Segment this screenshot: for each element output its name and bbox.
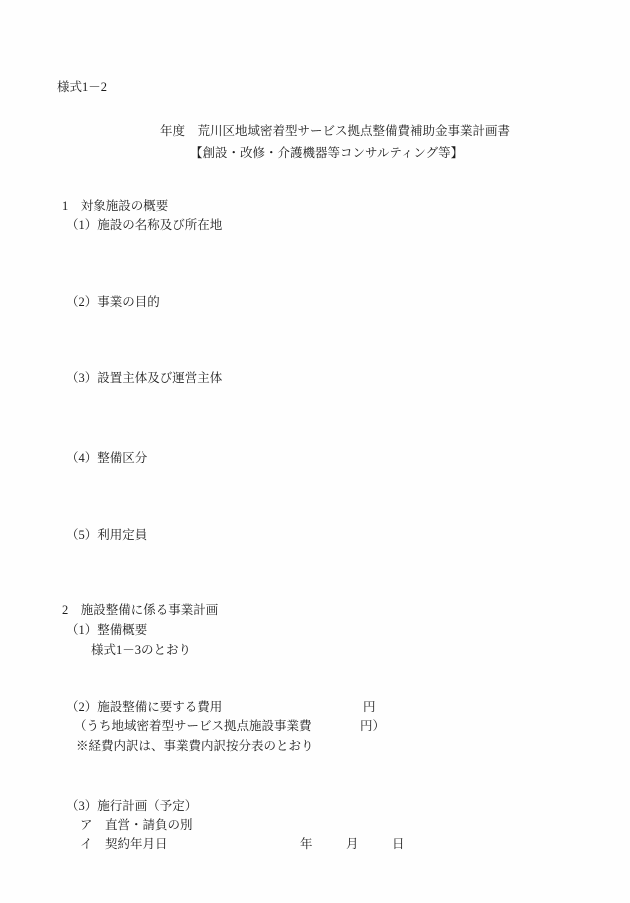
- section2-item2-sub-yen-unit: 円）: [360, 719, 385, 734]
- section2-item2-yen-unit: 円: [363, 700, 376, 715]
- document-subtitle: 【創設・改修・介護機器等コンサルティング等】: [190, 146, 463, 161]
- section1-item5-user-capacity: （5）利用定員: [66, 528, 147, 543]
- section2-item2-cost-label: （2）施設整備に要する費用: [66, 700, 222, 715]
- section1-item3-establisher-operator: （3）設置主体及び運営主体: [66, 371, 222, 386]
- section2-item3-construction-plan: （3）施行計画（予定）: [66, 799, 197, 814]
- section2-item1-overview: （1）整備概要: [66, 623, 147, 638]
- contract-date-month-label: 月: [346, 837, 359, 852]
- section1-item1-facility-name-location: （1）施設の名称及び所在地: [66, 218, 222, 233]
- section2-item2-sub-cost-label: （うち地域密着型サービス拠点施設事業費: [74, 719, 312, 734]
- document-title: 年度 荒川区地域密着型サービス拠点整備費補助金事業計画書: [160, 124, 510, 139]
- section2-item1-note: 様式1－3のとおり: [91, 643, 191, 658]
- section1-heading: 1 対象施設の概要: [62, 199, 168, 214]
- section1-item4-maintenance-category: （4）整備区分: [66, 451, 147, 466]
- section2-heading: 2 施設整備に係る事業計画: [62, 603, 218, 618]
- document-page: 様式1－2 年度 荒川区地域密着型サービス拠点整備費補助金事業計画書 【創設・改…: [0, 0, 630, 903]
- section2-item2-breakdown-note: ※経費内訳は、事業費内訳按分表のとおり: [76, 739, 314, 754]
- contract-date-year-label: 年: [300, 837, 313, 852]
- section1-item2-business-purpose: （2）事業の目的: [66, 295, 160, 310]
- section2-item3a-direct-or-contract: ア 直営・請負の別: [80, 818, 193, 833]
- contract-date-day-label: 日: [392, 837, 405, 852]
- section2-item3b-contract-date: イ 契約年月日: [80, 837, 168, 852]
- form-number-label: 様式1－2: [57, 80, 107, 95]
